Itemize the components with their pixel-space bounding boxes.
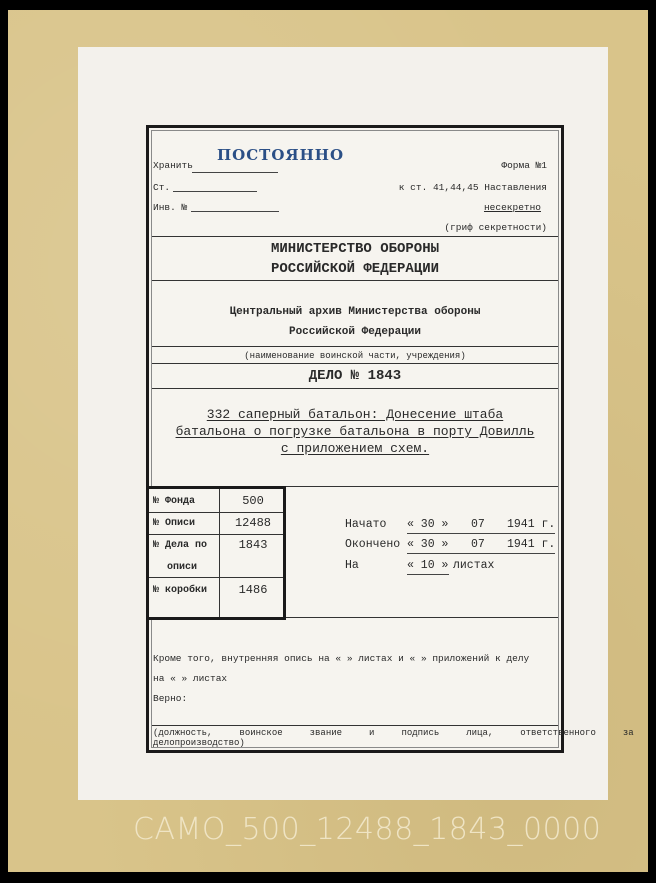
divider	[152, 725, 558, 726]
ministry-line-2: РОССИЙСКОЙ ФЕДЕРАЦИИ	[149, 261, 561, 277]
case-description-line-1: 332 саперный батальон: Донесение штаба	[149, 406, 561, 423]
case-description-line-2: батальона о погрузке батальона в порту Д…	[149, 423, 561, 440]
secrecy-caption: (гриф секретности)	[444, 222, 547, 233]
secrecy-value: несекретно	[484, 202, 541, 213]
inventory-note: Кроме того, внутренняя опись на « » лист…	[153, 653, 529, 664]
table-row-divider	[149, 512, 283, 513]
finished-day: « 30 »	[407, 538, 448, 551]
started-day: « 30 »	[407, 518, 448, 531]
sheets-unit: листах	[453, 559, 494, 572]
finished-label: Окончено	[345, 538, 400, 551]
divider	[152, 363, 558, 364]
sheets-note: на « » листах	[153, 673, 227, 684]
table-row-divider	[149, 534, 283, 535]
permanent-stamp: ПОСТОЯННО	[217, 146, 344, 164]
article-underline	[173, 191, 257, 192]
started-month: 07	[471, 518, 485, 531]
fond-value: 500	[225, 494, 281, 508]
ministry-line-1: МИНИСТЕРСТВО ОБОРОНЫ	[149, 241, 561, 257]
opis-label: № Описи	[153, 518, 195, 529]
form-number: Форма №1	[501, 160, 547, 171]
table-row-divider	[149, 577, 283, 578]
box-label: № коробки	[153, 585, 207, 596]
archive-file-watermark: CAMO_500_12488_1843_0000	[133, 812, 601, 847]
divider	[152, 346, 558, 347]
store-label: Хранить	[153, 160, 193, 171]
case-title: ДЕЛО № 1843	[149, 368, 561, 384]
divider	[152, 280, 558, 281]
case-by-opis-label: № Дела по	[153, 540, 207, 551]
archive-line-1: Центральный архив Министерства обороны	[149, 306, 561, 318]
fond-table: № Фонда 500 № Описи 12488 № Дела по опис…	[146, 486, 286, 620]
store-underline	[192, 172, 278, 173]
signature-caption-line-2: делопроизводство)	[153, 738, 245, 748]
sheets-underline	[407, 574, 449, 575]
fond-label: № Фонда	[153, 496, 195, 507]
table-column-divider	[219, 489, 220, 617]
verified-label: Верно:	[153, 693, 187, 704]
box-value: 1486	[225, 583, 281, 597]
finished-underline	[407, 553, 555, 554]
started-underline	[407, 533, 555, 534]
articles-reference: к ст. 41,44,45 Наставления	[399, 182, 547, 193]
inventory-underline	[191, 211, 279, 212]
case-cover-form: Хранить ПОСТОЯННО Ст. Инв. № Форма №1 к …	[146, 125, 564, 753]
finished-year: 1941 г.	[507, 538, 555, 551]
signature-caption-line-1: (должность, воинское звание и подпись ли…	[153, 728, 634, 738]
article-label: Ст.	[153, 182, 170, 193]
sheets-value: « 10 »	[407, 559, 448, 572]
case-by-opis-label-2: описи	[167, 562, 197, 573]
finished-month: 07	[471, 538, 485, 551]
unit-name-caption: (наименование воинской части, учреждения…	[149, 351, 561, 361]
sheets-label: На	[345, 559, 359, 572]
started-label: Начато	[345, 518, 386, 531]
divider	[152, 388, 558, 389]
started-year: 1941 г.	[507, 518, 555, 531]
opis-value: 12488	[225, 516, 281, 530]
inventory-label: Инв. №	[153, 202, 187, 213]
archive-line-2: Российской Федерации	[149, 326, 561, 338]
divider	[152, 236, 558, 237]
case-description-line-3: с приложением схем.	[149, 440, 561, 457]
case-by-opis-value: 1843	[225, 538, 281, 552]
